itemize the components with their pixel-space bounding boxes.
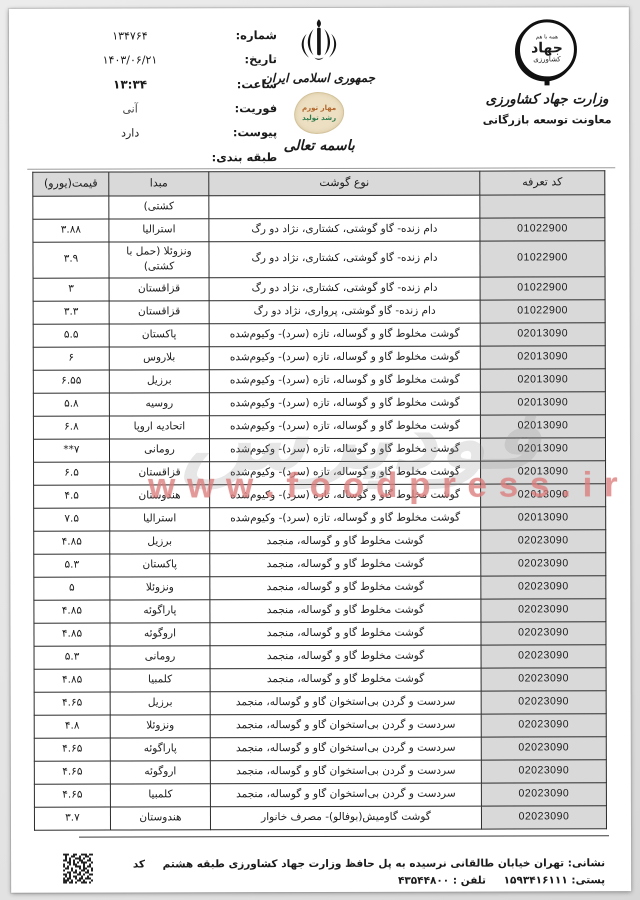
- cell-origin: کلمبیا: [110, 668, 210, 691]
- meta-field-row: فوریت: آنی: [57, 101, 277, 117]
- letter-meta-fields: شماره: ۱۳۴۷۶۴ تاریخ: ۱۴۰۳/۰۶/۲۱ ساعت: ۱۳…: [57, 28, 277, 174]
- cell-price: ۴.۸۵: [34, 600, 110, 623]
- table-row: 02023090 سردست و گردن بی‌استخوان گاو و گ…: [34, 736, 606, 760]
- cell-origin: کلمبیا: [110, 783, 210, 806]
- tariff-table: کد تعرفه نوع گوشت مبدا قیمت(یورو) کشتی) …: [32, 170, 607, 830]
- table-row: 02023090 سردست و گردن بی‌استخوان گاو و گ…: [34, 759, 606, 783]
- cell-tariff-code: 01022900: [480, 241, 605, 277]
- cell-origin: کشتی): [109, 196, 209, 219]
- letterhead-divider: [27, 167, 615, 170]
- meta-field-value: ۱۴۰۳/۰۶/۲۱: [57, 54, 203, 69]
- cell-origin: پاکستان: [109, 323, 209, 346]
- cell-origin: پاراگوئه: [110, 599, 210, 622]
- table-row: 01022900 دام زنده- گاو گوشتی، پرواری، نژ…: [33, 299, 605, 323]
- cell-tariff-code: 02013090: [480, 391, 605, 414]
- cell-origin: ونزوئلا: [110, 576, 210, 599]
- cell-meat-type: گوشت مخلوط گاو و گوساله، تازه (سرد)- وکی…: [209, 369, 480, 393]
- cell-tariff-code: 01022900: [480, 276, 605, 299]
- deputy-name: معاونت توسعه بازرگانی: [481, 113, 613, 126]
- meta-field-row: تاریخ: ۱۴۰۳/۰۶/۲۱: [57, 52, 277, 68]
- cell-meat-type: گوشت مخلوط گاو و گوساله، تازه (سرد)- وکی…: [210, 507, 481, 531]
- cell-price: ۳.۷: [34, 807, 110, 830]
- table-row: 01022900 دام زنده- گاو گوشتی، کشتاری، نژ…: [33, 241, 605, 278]
- basmala-text: باسمه تعالی: [254, 138, 384, 154]
- table-row: 02013090 گوشت مخلوط گاو و گوساله، تازه (…: [33, 368, 605, 392]
- jihad-keshavarzi-logo-icon: همه با هم جهاد کشاورزی: [517, 19, 577, 79]
- cell-meat-type: گوشت مخلوط گاو و گوساله، تازه (سرد)- وکی…: [209, 438, 480, 462]
- header-origin: مبدا: [109, 172, 209, 196]
- table-row: 02023090 گوشت مخلوط گاو و گوساله، منجمد …: [34, 552, 606, 576]
- cell-origin: پاراگوئه: [110, 737, 210, 760]
- cell-origin: ونزوئلا (حمل با کشتی): [109, 242, 209, 278]
- table-row: 02023090 گوشت مخلوط گاو و گوساله، منجمد …: [34, 644, 606, 668]
- cell-meat-type: گوشت مخلوط گاو و گوساله، منجمد: [210, 645, 481, 669]
- cell-tariff-code: 02013090: [481, 483, 606, 506]
- cell-tariff-code: 02023090: [481, 552, 606, 575]
- cell-meat-type: سردست و گردن بی‌استخوان گاو و گوساله، من…: [210, 737, 481, 761]
- cell-price: ۳.۹: [33, 242, 109, 278]
- cell-tariff-code: 01022900: [480, 299, 605, 322]
- meta-field-value: آنی: [57, 102, 203, 117]
- header-price-euro: قیمت(یورو): [33, 172, 109, 196]
- table-row: 01022900 دام زنده- گاو گوشتی، کشتاری، نژ…: [33, 218, 605, 242]
- cell-meat-type: دام زنده- گاو گوشتی، کشتاری، نژاد دو رگ: [209, 241, 480, 277]
- cell-meat-type: گوشت مخلوط گاو و گوساله، تازه (سرد)- وکی…: [210, 484, 481, 508]
- header-meat-type: نوع گوشت: [209, 171, 480, 196]
- cell-origin: برزیل: [110, 530, 210, 553]
- table-row: 02023090 سردست و گردن بی‌استخوان گاو و گ…: [34, 690, 606, 714]
- cell-price: ۵: [34, 577, 110, 600]
- cell-tariff-code: [480, 195, 605, 218]
- ministry-block: همه با هم جهاد کشاورزی وزارت جهاد کشاورز…: [481, 19, 613, 126]
- cell-meat-type: سردست و گردن بی‌استخوان گاو و گوساله، من…: [210, 691, 481, 715]
- ministry-name: وزارت جهاد کشاورزی: [481, 91, 613, 107]
- table-row: 02013090 گوشت مخلوط گاو و گوساله، تازه (…: [33, 391, 605, 415]
- cell-meat-type: دام زنده- گاو گوشتی، کشتاری، نژاد دو رگ: [209, 218, 480, 242]
- cell-meat-type: گوشت مخلوط گاو و گوساله، تازه (سرد)- وکی…: [210, 461, 481, 485]
- cell-meat-type: سردست و گردن بی‌استخوان گاو و گوساله، من…: [210, 714, 481, 738]
- cell-origin: روسیه: [109, 392, 209, 415]
- qr-code-icon: [63, 854, 93, 884]
- cell-origin: اتحادیه اروپا: [109, 415, 209, 438]
- cell-meat-type: گوشت مخلوط گاو و گوساله، تازه (سرد)- وکی…: [209, 392, 480, 416]
- table-row: 02013090 گوشت مخلوط گاو و گوساله، تازه (…: [34, 483, 606, 507]
- cell-origin: برزیل: [110, 691, 210, 714]
- meta-field-value: ۱۳۴۷۶۴: [57, 29, 203, 44]
- table-row: 02023090 گوشت گاومیش(بوفالو)- مصرف خانوا…: [34, 805, 606, 829]
- cell-origin: اروگوئه: [110, 622, 210, 645]
- cell-meat-type: گوشت مخلوط گاو و گوساله، منجمد: [210, 530, 481, 554]
- table-row: 02013090 گوشت مخلوط گاو و گوساله، تازه (…: [33, 437, 605, 461]
- cell-price: ۴.۸۵: [34, 669, 110, 692]
- table-row: کشتی): [33, 195, 605, 219]
- cell-meat-type: گوشت مخلوط گاو و گوساله، منجمد: [210, 599, 481, 623]
- slogan-line-2: رشد تولید: [302, 113, 336, 121]
- slogan-line-1: مهار تورم: [302, 104, 336, 112]
- meta-field-row: شماره: ۱۳۴۷۶۴: [57, 28, 277, 44]
- footer-contact: نشانی: تهران خیابان طالقانی نرسیده به پل…: [119, 855, 605, 890]
- cell-tariff-code: 02023090: [481, 736, 606, 759]
- cell-tariff-code: 01022900: [480, 218, 605, 241]
- cell-tariff-code: 02023090: [481, 759, 606, 782]
- document-page: شماره: ۱۳۴۷۶۴ تاریخ: ۱۴۰۳/۰۶/۲۱ ساعت: ۱۳…: [9, 7, 631, 893]
- cell-price: ۴.۸۵: [34, 531, 110, 554]
- cell-origin: هندوستان: [110, 806, 210, 829]
- cell-origin: قزاقستان: [109, 277, 209, 300]
- cell-price: ۶.۵: [34, 462, 110, 485]
- postal-value: ۱۵۹۳۴۱۶۱۱۱: [504, 874, 568, 886]
- cell-origin: اروگوئه: [110, 760, 210, 783]
- table-row: 02013090 گوشت مخلوط گاو و گوساله، تازه (…: [34, 460, 606, 484]
- cell-price: ۴.۶۵: [34, 738, 110, 761]
- cell-tariff-code: 02013090: [480, 368, 605, 391]
- cell-price: ۴.۶۵: [34, 784, 110, 807]
- cell-price: ۴.۵: [34, 485, 110, 508]
- meta-field-row: ساعت: ۱۳:۳۴: [57, 77, 277, 93]
- cell-origin: پاکستان: [110, 553, 210, 576]
- cell-price: ۴.۸۵: [34, 623, 110, 646]
- scanned-letter-photo: { "letterhead": { "fields": [ {"label": …: [0, 0, 640, 900]
- table-row: 02013090 گوشت مخلوط گاو و گوساله، تازه (…: [33, 322, 605, 346]
- iran-emblem-icon: [296, 16, 342, 70]
- cell-tariff-code: 02023090: [481, 713, 606, 736]
- cell-tariff-code: 02023090: [481, 529, 606, 552]
- cell-origin: ونزوئلا: [110, 714, 210, 737]
- cell-tariff-code: 02023090: [481, 598, 606, 621]
- cell-price: ۷.۵: [34, 508, 110, 531]
- cell-price: ۳.۳: [33, 301, 109, 324]
- cell-price: ۴.۶۵: [34, 761, 110, 784]
- tariff-table-body: کشتی) 01022900 دام زنده- گاو گوشتی، کشتا…: [33, 195, 607, 830]
- cell-meat-type: گوشت مخلوط گاو و گوساله، تازه (سرد)- وکی…: [209, 415, 480, 439]
- cell-tariff-code: 02023090: [481, 644, 606, 667]
- table-row: 02013090 گوشت مخلوط گاو و گوساله، تازه (…: [33, 414, 605, 438]
- meta-field-value: ۱۳:۳۴: [57, 77, 203, 93]
- meta-field-value: دارد: [57, 127, 203, 142]
- table-row: 02023090 گوشت مخلوط گاو و گوساله، منجمد …: [34, 575, 606, 599]
- footer-address: نشانی: تهران خیابان طالقانی نرسیده به پل…: [163, 857, 605, 870]
- phone-value: ۴۳۵۴۴۸۰۰: [398, 874, 449, 886]
- cell-meat-type: سردست و گردن بی‌استخوان گاو و گوساله، من…: [210, 783, 481, 807]
- cell-origin: هندوستان: [110, 484, 210, 507]
- header-tariff-code: کد تعرفه: [480, 171, 605, 195]
- table-row: 02023090 گوشت مخلوط گاو و گوساله، منجمد …: [34, 529, 606, 553]
- meta-field-row: پیوست: دارد: [57, 126, 277, 142]
- cell-price: ۶: [33, 347, 109, 370]
- cell-price: ۴.۶۵: [34, 692, 110, 715]
- table-row: 01022900 دام زنده- گاو گوشتی، کشتاری، نژ…: [33, 276, 605, 300]
- table-row: 02013090 گوشت مخلوط گاو و گوساله، تازه (…: [33, 345, 605, 369]
- cell-meat-type: گوشت مخلوط گاو و گوساله، منجمد: [210, 576, 481, 600]
- cell-origin: بلاروس: [109, 346, 209, 369]
- cell-tariff-code: 02013090: [481, 460, 606, 483]
- cell-price: ۳.۸۸: [33, 219, 109, 242]
- cell-meat-type: گوشت مخلوط گاو و گوساله، تازه (سرد)- وکی…: [209, 323, 480, 347]
- table-row: 02023090 گوشت مخلوط گاو و گوساله، منجمد …: [34, 621, 606, 645]
- cell-tariff-code: 02013090: [480, 414, 605, 437]
- cell-meat-type: سردست و گردن بی‌استخوان گاو و گوساله، من…: [210, 760, 481, 784]
- phone-label: تلفن :: [453, 874, 486, 886]
- cell-price: ۶.۵۵: [33, 370, 109, 393]
- cell-meat-type: گوشت مخلوط گاو و گوساله، منجمد: [210, 622, 481, 646]
- cell-tariff-code: 02023090: [481, 805, 606, 828]
- cell-tariff-code: 02013090: [481, 506, 606, 529]
- cell-price: ۵.۸: [33, 393, 109, 416]
- cell-meat-type: دام زنده- گاو گوشتی، کشتاری، نژاد دو رگ: [209, 277, 480, 301]
- cell-price: ۵.۵: [33, 324, 109, 347]
- logo-subtitle: کشاورزی: [533, 56, 560, 63]
- cell-meat-type: گوشت مخلوط گاو و گوساله، منجمد: [210, 668, 481, 692]
- meta-field-row: طبقه بندی:: [57, 150, 277, 166]
- cell-meat-type: دام زنده- گاو گوشتی، پرواری، نژاد دو رگ: [209, 300, 480, 324]
- cell-price: ۶.۸: [33, 416, 109, 439]
- cell-meat-type: گوشت گاومیش(بوفالو)- مصرف خانوار: [210, 806, 481, 830]
- logo-title: جهاد: [531, 41, 563, 56]
- cell-tariff-code: 02023090: [481, 690, 606, 713]
- table-row: 02023090 سردست و گردن بی‌استخوان گاو و گ…: [34, 713, 606, 737]
- cell-origin: استرالیا: [109, 219, 209, 242]
- cell-price: ۵.۳: [34, 554, 110, 577]
- cell-tariff-code: 02023090: [481, 782, 606, 805]
- cell-price: ۴.۸: [34, 715, 110, 738]
- cell-origin: رومانی: [109, 438, 209, 461]
- cell-origin: استرالیا: [110, 507, 210, 530]
- table-row: 02013090 گوشت مخلوط گاو و گوساله، تازه (…: [34, 506, 606, 530]
- cell-meat-type: گوشت مخلوط گاو و گوساله، منجمد: [210, 553, 481, 577]
- cell-price: [33, 196, 109, 219]
- country-name: جمهوری اسلامی ایران: [254, 71, 384, 85]
- cell-price: ۵.۳: [34, 646, 110, 669]
- cell-tariff-code: 02023090: [481, 621, 606, 644]
- cell-meat-type: [209, 195, 480, 219]
- footer-divider: [79, 835, 609, 837]
- cell-tariff-code: 02013090: [480, 322, 605, 345]
- cell-price: **۷: [33, 439, 109, 462]
- cell-origin: برزیل: [109, 369, 209, 392]
- table-row: 02023090 گوشت مخلوط گاو و گوساله، منجمد …: [34, 667, 606, 691]
- cell-origin: قزاقستان: [110, 461, 210, 484]
- national-emblem-block: جمهوری اسلامی ایران مهار تورم رشد تولید …: [254, 16, 384, 154]
- cell-tariff-code: 02023090: [481, 667, 606, 690]
- table-row: 02023090 گوشت مخلوط گاو و گوساله، منجمد …: [34, 598, 606, 622]
- cell-meat-type: گوشت مخلوط گاو و گوساله، تازه (سرد)- وکی…: [209, 346, 480, 370]
- table-header-row: کد تعرفه نوع گوشت مبدا قیمت(یورو): [33, 171, 605, 196]
- cell-origin: قزاقستان: [109, 300, 209, 323]
- table-row: 02023090 سردست و گردن بی‌استخوان گاو و گ…: [34, 782, 606, 806]
- cell-tariff-code: 02013090: [480, 437, 605, 460]
- cell-origin: رومانی: [110, 645, 210, 668]
- year-slogan-stamp: مهار تورم رشد تولید: [294, 92, 344, 134]
- cell-price: ۳: [33, 278, 109, 301]
- cell-tariff-code: 02023090: [481, 575, 606, 598]
- cell-tariff-code: 02013090: [480, 345, 605, 368]
- footer-phone: تلفن : ۴۳۵۴۴۸۰۰: [398, 874, 486, 886]
